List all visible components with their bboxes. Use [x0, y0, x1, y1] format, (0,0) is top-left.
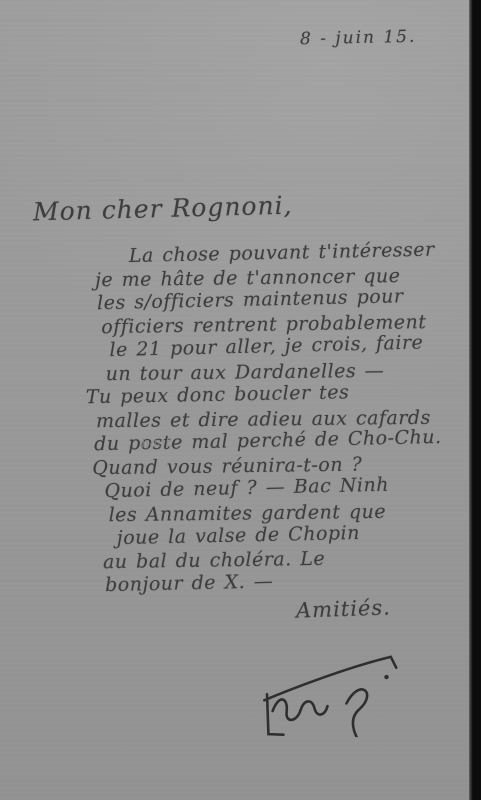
film-edge: [469, 0, 481, 800]
faint-pencil-note: haut: [141, 435, 171, 452]
signature-flourish-icon: Ferdj.: [244, 643, 415, 741]
letter-photograph: 8 - juin 15. Mon cher Rognoni, La chose …: [0, 0, 481, 800]
letter-body: La chose pouvant t'intéresser je me hâte…: [87, 243, 461, 598]
letter-closing: Amitiés.: [296, 595, 392, 622]
letter-date: 8 - juin 15.: [300, 27, 417, 49]
